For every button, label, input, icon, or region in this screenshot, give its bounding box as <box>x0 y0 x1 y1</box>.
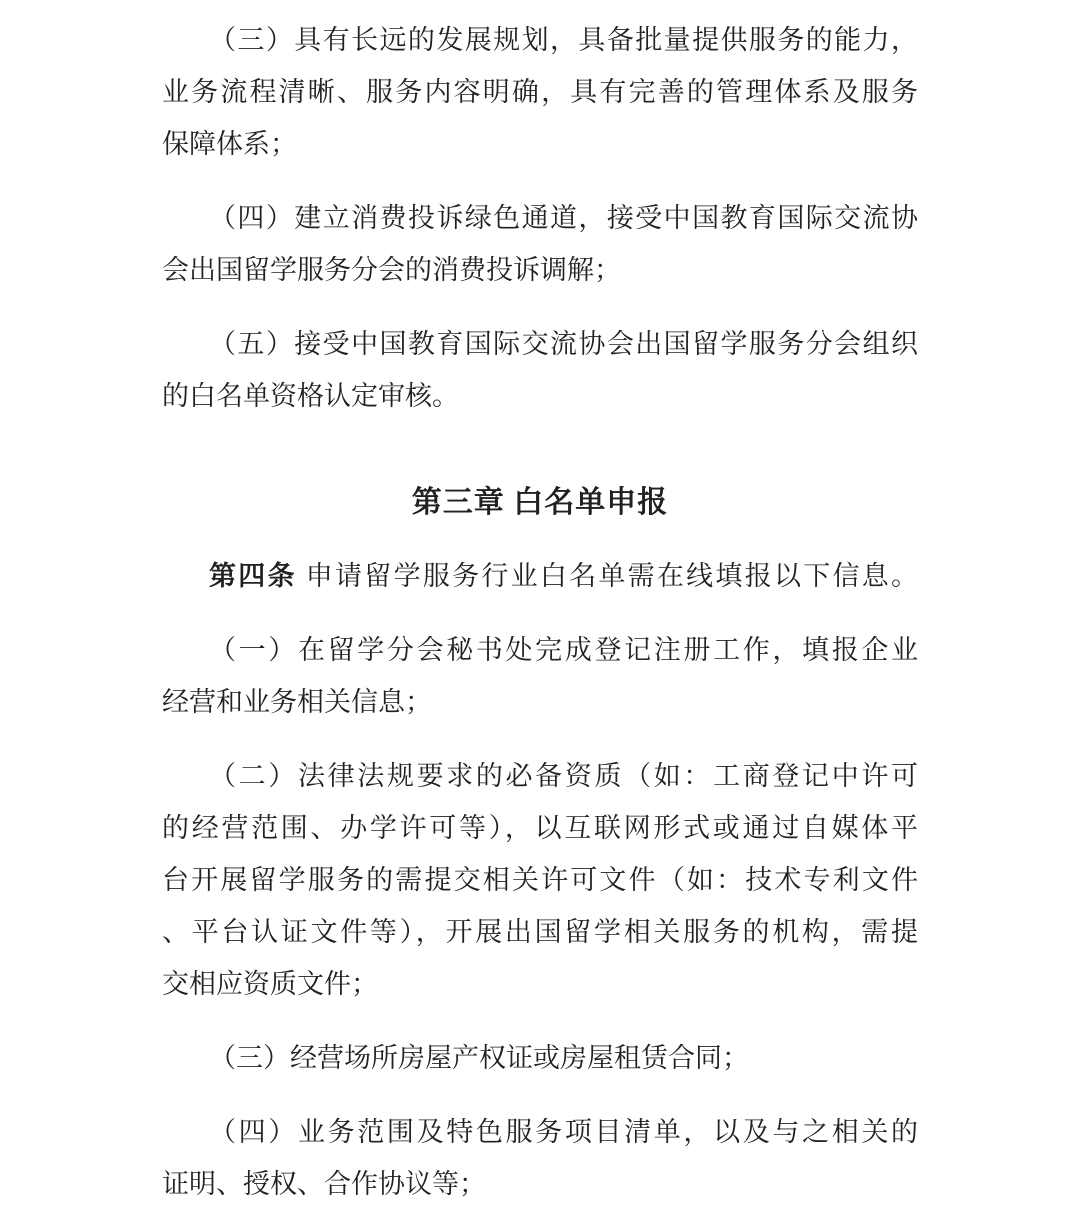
text-segment: 证明、授权、合作协议等； <box>162 1169 486 1199</box>
chapter-heading: 第三章 白名单申报 <box>162 478 918 528</box>
paragraph: （三）具有长远的发展规划，具备批量提供服务的能力，业务流程清晰、服务内容明确，具… <box>162 14 918 170</box>
text-segment: 业务流程清晰、服务内容明确，具有完善的管理体系及服务 <box>162 77 918 107</box>
text-line: 、平台认证文件等），开展出国留学相关服务的机构，需提 <box>162 906 918 958</box>
text-line: （一）在留学分会秘书处完成登记注册工作，填报企业 <box>162 624 918 676</box>
text-segment: 经营和业务相关信息； <box>162 687 432 717</box>
paragraph: （五）接受中国教育国际交流协会出国留学服务分会组织的白名单资格认定审核。 <box>162 318 918 422</box>
paragraph: （二）法律法规要求的必备资质（如：工商登记中许可的经营范围、办学许可等），以互联… <box>162 750 918 1010</box>
text-line: （五）接受中国教育国际交流协会出国留学服务分会组织 <box>162 318 918 370</box>
text-segment: （二）法律法规要求的必备资质（如：工商登记中许可 <box>209 761 918 791</box>
text-line: （四）业务范围及特色服务项目清单，以及与之相关的 <box>162 1106 918 1158</box>
text-segment: 申请留学服务行业白名单需在线填报以下信息。 <box>297 561 918 591</box>
text-segment: （一）在留学分会秘书处完成登记注册工作，填报企业 <box>209 635 918 665</box>
text-segment: 的白名单资格认定审核。 <box>162 381 459 411</box>
text-line: （四）建立消费投诉绿色通道，接受中国教育国际交流协 <box>162 192 918 244</box>
document-page: （三）具有长远的发展规划，具备批量提供服务的能力，业务流程清晰、服务内容明确，具… <box>0 0 1080 1216</box>
text-line: 交相应资质文件； <box>162 958 918 1010</box>
text-segment: 保障体系； <box>162 129 297 159</box>
paragraph: 第四条 申请留学服务行业白名单需在线填报以下信息。 <box>162 550 918 602</box>
text-line: （三）经营场所房屋产权证或房屋租赁合同； <box>162 1032 918 1084</box>
text-segment: （四）业务范围及特色服务项目清单，以及与之相关的 <box>209 1117 918 1147</box>
text-segment: 、平台认证文件等），开展出国留学相关服务的机构，需提 <box>162 917 918 947</box>
text-segment: （三）具有长远的发展规划，具备批量提供服务的能力， <box>209 25 918 55</box>
text-segment: （三）经营场所房屋产权证或房屋租赁合同； <box>209 1043 749 1073</box>
paragraph: （三）经营场所房屋产权证或房屋租赁合同； <box>162 1032 918 1084</box>
article-number-bold-text: 第四条 <box>209 561 297 591</box>
text-line: 的经营范围、办学许可等），以互联网形式或通过自媒体平 <box>162 802 918 854</box>
text-line: 证明、授权、合作协议等； <box>162 1158 918 1210</box>
text-line: （二）法律法规要求的必备资质（如：工商登记中许可 <box>162 750 918 802</box>
text-line: 台开展留学服务的需提交相关许可文件（如：技术专利文件 <box>162 854 918 906</box>
text-segment: 台开展留学服务的需提交相关许可文件（如：技术专利文件 <box>162 865 918 895</box>
text-segment: 的经营范围、办学许可等），以互联网形式或通过自媒体平 <box>162 813 918 843</box>
text-segment: （五）接受中国教育国际交流协会出国留学服务分会组织 <box>209 329 918 359</box>
text-line: 会出国留学服务分会的消费投诉调解； <box>162 244 918 296</box>
text-segment: （四）建立消费投诉绿色通道，接受中国教育国际交流协 <box>209 203 918 233</box>
text-line: 经营和业务相关信息； <box>162 676 918 728</box>
paragraph: （一）在留学分会秘书处完成登记注册工作，填报企业经营和业务相关信息； <box>162 624 918 728</box>
paragraph: （四）业务范围及特色服务项目清单，以及与之相关的证明、授权、合作协议等； <box>162 1106 918 1210</box>
text-line: 业务流程清晰、服务内容明确，具有完善的管理体系及服务 <box>162 66 918 118</box>
text-line: （三）具有长远的发展规划，具备批量提供服务的能力， <box>162 14 918 66</box>
paragraph: （四）建立消费投诉绿色通道，接受中国教育国际交流协会出国留学服务分会的消费投诉调… <box>162 192 918 296</box>
text-line: 保障体系； <box>162 118 918 170</box>
text-segment: 会出国留学服务分会的消费投诉调解； <box>162 255 621 285</box>
text-line: 的白名单资格认定审核。 <box>162 370 918 422</box>
text-segment: 交相应资质文件； <box>162 969 378 999</box>
text-line: 第四条 申请留学服务行业白名单需在线填报以下信息。 <box>162 550 918 602</box>
